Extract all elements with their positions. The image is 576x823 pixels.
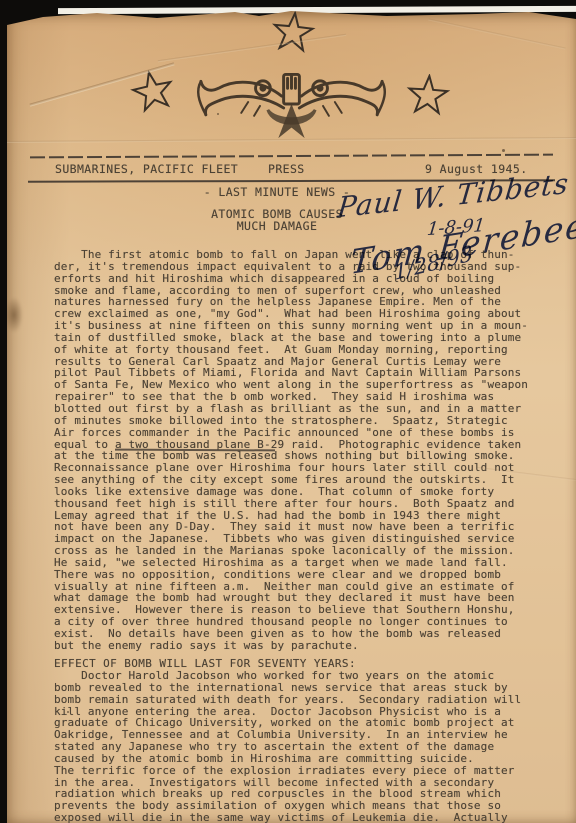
submarine-dolphins-insignia-icon <box>193 68 390 140</box>
typed-line: bomb remain saturated with death for yea… <box>54 694 546 706</box>
typed-line: caused by the atomic bomb in Hiroshima a… <box>54 753 546 765</box>
ink-speck <box>67 711 69 713</box>
typed-line: of white at forty thousand feet. At Guam… <box>54 344 546 356</box>
paper-sheet: SUBMARINES, PACIFIC FLEET PRESS 9 August… <box>7 11 576 823</box>
crease-mark <box>428 18 565 49</box>
typed-line: tain of dustfilled smoke, black at the b… <box>54 332 546 344</box>
typed-line: thousand feet high is still there after … <box>54 498 546 510</box>
masthead-organization: SUBMARINES, PACIFIC FLEET <box>55 162 238 176</box>
typed-line: but the enemy radio says it was by parac… <box>54 640 546 652</box>
typed-line: of minutes smoke billowed into the strat… <box>54 415 546 427</box>
body-paragraph-2: Doctor Harold Jacobson who worked for tw… <box>54 670 546 823</box>
scanned-document: SUBMARINES, PACIFIC FLEET PRESS 9 August… <box>0 0 576 823</box>
typed-line: He said, "we selected Hiroshima as a tar… <box>54 557 546 569</box>
typed-line: looks like extensive damage was done. Th… <box>54 486 546 498</box>
ink-speck <box>217 113 219 115</box>
smudge-mark <box>5 297 23 333</box>
star-icon <box>269 9 317 57</box>
ink-speck <box>502 149 505 152</box>
star-icon <box>405 73 452 120</box>
typed-line: bomb revealed to the international news … <box>54 682 546 694</box>
masthead-press-label: PRESS <box>268 162 305 176</box>
crease-mark <box>158 34 346 62</box>
typed-line: exposed will die in the same way victims… <box>54 812 546 823</box>
header-rule-top <box>30 154 553 159</box>
typed-line: erforts and hit Hiroshima which disappea… <box>54 273 546 285</box>
typed-line: Air forces commander in the Pacific anno… <box>54 427 546 439</box>
star-icon <box>127 66 179 118</box>
typed-line: The terrific force of the explosion irra… <box>54 765 546 777</box>
typed-line: There was no opposition, conditions were… <box>54 569 546 581</box>
